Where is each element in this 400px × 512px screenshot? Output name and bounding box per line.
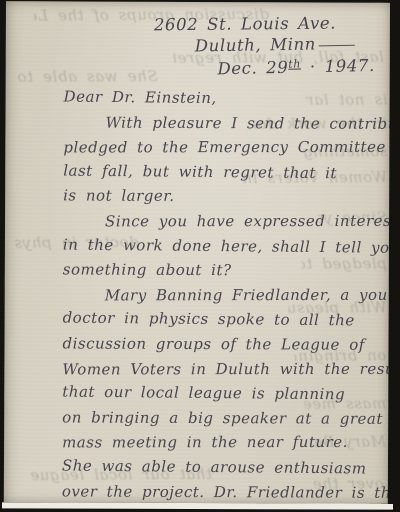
letter-line: doctor in physics spoke to all the [63, 306, 390, 334]
letter-line: over the project. Dr. Friedlander is the [62, 479, 390, 504]
letter-line: something about it? [63, 258, 390, 284]
letter-line: is not larger. [63, 184, 390, 210]
letter-header: 2602 St. Louis Ave. Duluth, Minn Dec. 29… [154, 14, 376, 79]
letter-line: Since you have expressed interest [63, 209, 390, 234]
letter-line: She was able to arouse enthusiasm [62, 453, 390, 481]
letter-line: last fall, but with regret that it [63, 158, 390, 186]
letter-line: mass meeting in the near future. [62, 430, 390, 455]
letter-line: that our local league is planning [62, 380, 390, 408]
letter-line: discussion groups of the League of [62, 331, 390, 357]
sender-city-text: Duluth, Minn [195, 34, 316, 55]
letter-line: in the work done here, shall I tell you [63, 232, 390, 260]
letter-page: discussion groups of the League of last … [4, 1, 390, 504]
handwriting-layer: 2602 St. Louis Ave. Duluth, Minn Dec. 29… [4, 1, 390, 504]
salutation: Dear Dr. Einstein, [63, 85, 390, 113]
pen-flourish [319, 42, 355, 46]
letter-date: Dec. 29th · 1947. [153, 53, 376, 81]
letter-line: Mary Banning Friedlander, a young [63, 283, 390, 308]
letter-line: on bringing a big speaker at a great [62, 405, 390, 431]
scanned-letter: discussion groups of the League of last … [0, 0, 400, 512]
date-year: · 1947. [301, 56, 375, 77]
date-ordinal: th [288, 58, 301, 71]
sender-address: 2602 St. Louis Ave. [154, 13, 376, 36]
letter-line: Women Voters in Duluth with the result [62, 356, 390, 381]
letter-line: With pleasure I send the contribution [63, 110, 390, 136]
date-prefix: Dec. 29 [217, 58, 288, 79]
letter-body: Dear Dr. Einstein, With pleasure I send … [62, 85, 390, 503]
letter-line: pledged to the Emergency Committee [63, 135, 390, 160]
